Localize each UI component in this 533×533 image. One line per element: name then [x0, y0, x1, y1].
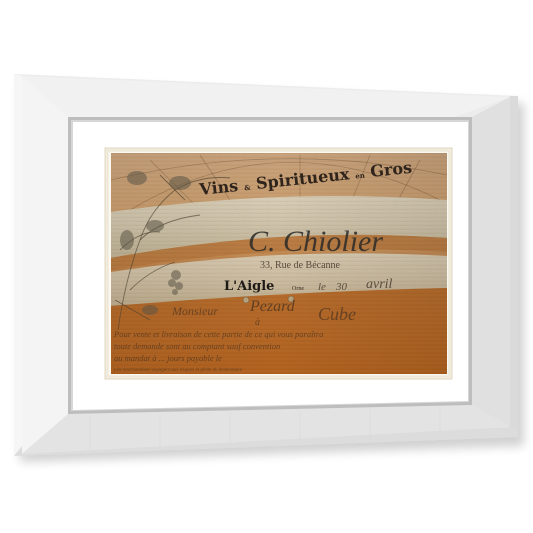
recipient-name: Pezard [249, 298, 296, 315]
footer-line: Les marchandises voyagent aux risques et… [114, 367, 243, 372]
address-text: 33, Rue de Bécanne [260, 260, 341, 271]
frame-svg: Vins & Spiritueux en Gros C. Chiolier 33… [0, 0, 533, 533]
framed-artwork-scene: Vins & Spiritueux en Gros C. Chiolier 33… [0, 0, 533, 533]
dept-text: Orne [292, 286, 304, 292]
script-line-1: Pour vente et livraison de cette partie … [113, 329, 323, 339]
date-day: 30 [335, 281, 348, 293]
destination-city: Cube [318, 304, 356, 324]
merchant-name: C. Chiolier [248, 225, 383, 258]
artwork: Vins & Spiritueux en Gros C. Chiolier 33… [111, 153, 447, 374]
town-text: L'Aigle [224, 279, 274, 294]
script-line-2: toute demande sont au comptant sauf conv… [114, 341, 280, 351]
recipient-label: Monsieur [171, 304, 218, 318]
date-month: avril [366, 277, 393, 292]
script-line-3: au mandat à ... jours payable le [114, 353, 222, 363]
date-prefix: le [318, 281, 326, 293]
destination-prefix: à [255, 317, 260, 328]
